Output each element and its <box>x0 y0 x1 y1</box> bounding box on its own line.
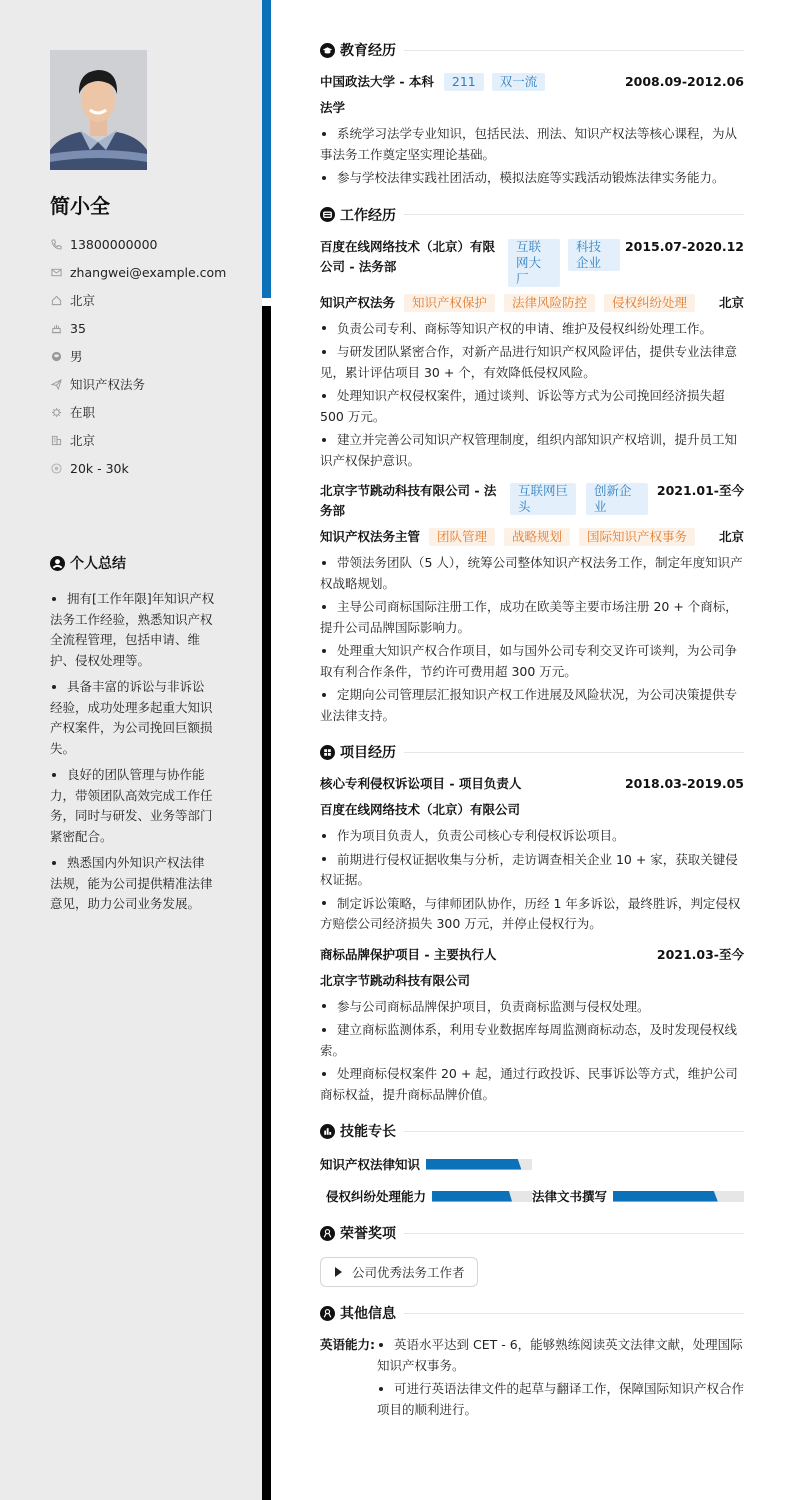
skill-progress-fill <box>426 1159 521 1170</box>
skill-item: 侵权纠纷处理能力 <box>326 1185 532 1207</box>
job-target-value: 知识产权法务 <box>70 375 145 393</box>
section-divider <box>404 50 744 51</box>
grid-icon <box>320 745 335 760</box>
cake-icon <box>50 322 62 334</box>
home-icon <box>50 294 62 306</box>
age-value: 35 <box>70 321 86 336</box>
english-details: 英语水平达到 CET - 6，能够熟练阅读英文法律文献，处理国际知识产权事务。 … <box>377 1335 744 1423</box>
section-divider <box>404 1313 744 1314</box>
work-heading: 工作经历 <box>320 203 744 227</box>
info-badge-icon <box>320 1306 335 1321</box>
detail-item: 可进行英语法律文件的起草与翻译工作，保障国际知识产权合作项目的顺利进行。 <box>377 1379 744 1420</box>
phone-icon <box>50 238 62 250</box>
section-divider <box>404 214 744 215</box>
bullet-icon <box>322 1072 326 1076</box>
work-entry: 百度在线网络技术（北京）有限公司 - 法务部 互联网大厂 科技企业 2015.0… <box>320 237 744 472</box>
skills-section: 技能专长 知识产权法律知识 侵权纠纷处理能力 法律文书撰写 <box>320 1119 744 1207</box>
project-date: 2018.03-2019.05 <box>625 774 744 794</box>
work-city-value: 北京 <box>70 431 95 449</box>
skills-title: 技能专长 <box>340 1121 396 1141</box>
info-status: 在职 <box>50 398 226 426</box>
detail-item: 制定诉讼策略，与律师团队协作，历经 1 年多诉讼，最终胜诉，判定侵权方赔偿公司经… <box>320 894 744 935</box>
company-tag: 创新企业 <box>586 483 648 515</box>
detail-item: 建立商标监测体系，利用专业数据库每周监测商标动态，及时发现侵权线索。 <box>320 1020 744 1061</box>
skill-item: 知识产权法律知识 <box>320 1153 532 1175</box>
awards-heading: 荣誉奖项 <box>320 1221 744 1245</box>
detail-item: 系统学习法学专业知识，包括民法、刑法、知识产权法等核心课程，为从事法务工作奠定坚… <box>320 124 744 165</box>
award-label: 公司优秀法务工作者 <box>352 1263 465 1281</box>
skill-tag: 法律风险防控 <box>504 294 595 312</box>
section-divider <box>404 752 744 753</box>
work-date: 2021.01-至今 <box>657 481 744 501</box>
bullet-icon <box>52 685 56 689</box>
mail-icon <box>50 266 62 278</box>
english-ability: 英语能力: 英语水平达到 CET - 6，能够熟练阅读英文法律文献，处理国际知识… <box>320 1335 744 1423</box>
detail-item: 主导公司商标国际注册工作，成功在欧美等主要市场注册 20 + 个商标，提升公司品… <box>320 597 744 638</box>
company-tag: 互联网巨头 <box>510 483 576 515</box>
award-item[interactable]: 公司优秀法务工作者 <box>320 1257 478 1287</box>
bullet-icon <box>52 861 56 865</box>
major: 法学 <box>320 98 345 118</box>
education-heading: 教育经历 <box>320 38 744 62</box>
summary-item: 熟悉国内外知识产权法律法规，能为公司提供精准法律意见，助力公司业务发展。 <box>50 853 215 915</box>
project-company: 百度在线网络技术（北京）有限公司 <box>320 800 520 820</box>
building-icon <box>50 434 62 446</box>
detail-item: 前期进行侵权证据收集与分析，走访调查相关企业 10 + 家，获取关键侵权证据。 <box>320 850 744 891</box>
company-name: 北京字节跳动科技有限公司 - 法务部 <box>320 481 504 521</box>
work-date: 2015.07-2020.12 <box>625 237 744 257</box>
work-details: 带领法务团队（5 人），统筹公司整体知识产权法务工作，制定年度知识产权战略规划。… <box>320 553 744 726</box>
awards-section: 荣誉奖项 公司优秀法务工作者 <box>320 1221 744 1287</box>
bullet-icon <box>379 1343 383 1347</box>
summary-item: 拥有[工作年限]年知识产权法务工作经验，熟悉知识产权全流程管理，包括申请、维护、… <box>50 589 215 671</box>
detail-item: 处理重大知识产权合作项目，如与国外公司专利交叉许可谈判，为公司争取有利合作条件，… <box>320 641 744 682</box>
detail-item: 与研发团队紧密合作，对新产品进行知识产权风险评估，提供专业法律意见，累计评估项目… <box>320 342 744 383</box>
summary-item: 具备丰富的诉讼与非诉讼经验，成功处理多起重大知识产权案件，为公司挽回巨额损失。 <box>50 677 215 759</box>
bullet-icon <box>322 561 326 565</box>
job-role: 知识产权法务 <box>320 293 395 313</box>
play-triangle-icon <box>335 1267 342 1277</box>
skill-tag: 国际知识产权事务 <box>579 528 695 546</box>
gender-value: 男 <box>70 347 83 365</box>
other-title: 其他信息 <box>340 1303 396 1323</box>
skill-progress-track <box>426 1159 532 1170</box>
school-tag: 双一流 <box>492 73 546 91</box>
project-entry: 商标品牌保护项目 - 主要执行人 2021.03-至今 北京字节跳动科技有限公司… <box>320 945 744 1106</box>
skills-heading: 技能专长 <box>320 1119 744 1143</box>
skill-tag: 战略规划 <box>504 528 570 546</box>
job-location: 北京 <box>719 527 744 547</box>
company-tag: 科技企业 <box>568 239 620 271</box>
projects-section: 项目经历 核心专利侵权诉讼项目 - 项目负责人 2018.03-2019.05 … <box>320 740 744 1105</box>
projects-title: 项目经历 <box>340 742 396 762</box>
education-section: 教育经历 中国政法大学 - 本科 211 双一流 2008.09-2012.06… <box>320 38 744 189</box>
section-divider <box>404 1131 744 1132</box>
detail-item: 负责公司专利、商标等知识产权的申请、维护及侵权纠纷处理工作。 <box>320 319 744 340</box>
summary-item: 良好的团队管理与协作能力，带领团队高效完成工作任务，同时与研发、业务等部门紧密配… <box>50 765 215 847</box>
project-company: 北京字节跳动科技有限公司 <box>320 971 470 991</box>
detail-item: 参与公司商标品牌保护项目，负责商标监测与侵权处理。 <box>320 997 744 1018</box>
projects-heading: 项目经历 <box>320 740 744 764</box>
work-title: 工作经历 <box>340 205 396 225</box>
bullet-icon <box>322 326 326 330</box>
detail-item: 处理商标侵权案件 20 + 起，通过行政投诉、民事诉讼等方式，维护公司商标权益，… <box>320 1064 744 1105</box>
detail-item: 定期向公司管理层汇报知识产权工作进展及风险状况，为公司决策提供专业法律支持。 <box>320 685 744 726</box>
english-label: 英语能力: <box>320 1335 375 1356</box>
main-content: 教育经历 中国政法大学 - 本科 211 双一流 2008.09-2012.06… <box>320 38 744 1437</box>
skill-tag: 知识产权保护 <box>404 294 495 312</box>
project-name: 核心专利侵权诉讼项目 - 项目负责人 <box>320 774 521 794</box>
info-location: 北京 <box>50 286 226 314</box>
award-icon <box>320 1226 335 1241</box>
detail-item: 作为项目负责人，负责公司核心专利侵权诉讼项目。 <box>320 826 744 847</box>
work-entry: 北京字节跳动科技有限公司 - 法务部 互联网巨头 创新企业 2021.01-至今… <box>320 481 744 726</box>
info-job-target: 知识产权法务 <box>50 370 226 398</box>
avatar <box>50 50 147 170</box>
info-work-city: 北京 <box>50 426 226 454</box>
accent-divider <box>262 0 271 298</box>
info-email: zhangwei@example.com <box>50 258 226 286</box>
salary-value: 20k - 30k <box>70 461 129 476</box>
bullet-icon <box>52 597 56 601</box>
detail-item: 参与学校法律实践社团活动，模拟法庭等实践活动锻炼法律实务能力。 <box>320 168 744 189</box>
work-section: 工作经历 百度在线网络技术（北京）有限公司 - 法务部 互联网大厂 科技企业 2… <box>320 203 744 727</box>
project-entry: 核心专利侵权诉讼项目 - 项目负责人 2018.03-2019.05 百度在线网… <box>320 774 744 935</box>
contact-info-list: 13800000000 zhangwei@example.com 北京 35 男… <box>50 230 226 482</box>
awards-title: 荣誉奖项 <box>340 1223 396 1243</box>
company-tag: 互联网大厂 <box>508 239 560 287</box>
info-age: 35 <box>50 314 226 342</box>
user-icon <box>50 556 65 571</box>
section-divider <box>404 1233 744 1234</box>
skill-label: 法律文书撰写 <box>532 1187 607 1205</box>
graduation-cap-icon <box>320 43 335 58</box>
gender-icon <box>50 350 62 362</box>
school-tag: 211 <box>444 73 484 91</box>
skill-label: 侵权纠纷处理能力 <box>326 1187 426 1205</box>
skill-progress-fill <box>613 1191 718 1202</box>
skill-progress-fill <box>432 1191 512 1202</box>
bullet-icon <box>322 857 326 861</box>
location-value: 北京 <box>70 291 95 309</box>
bullet-icon <box>379 1387 383 1391</box>
phone-value: 13800000000 <box>70 237 157 252</box>
job-role: 知识产权法务主管 <box>320 527 420 547</box>
skill-label: 知识产权法律知识 <box>320 1155 420 1173</box>
email-value: zhangwei@example.com <box>70 265 226 280</box>
project-name: 商标品牌保护项目 - 主要执行人 <box>320 945 496 965</box>
info-salary: 20k - 30k <box>50 454 226 482</box>
education-entry: 中国政法大学 - 本科 211 双一流 2008.09-2012.06 法学 系… <box>320 72 744 189</box>
briefcase-icon <box>320 207 335 222</box>
other-section: 其他信息 英语能力: 英语水平达到 CET - 6，能够熟练阅读英文法律文献，处… <box>320 1301 744 1423</box>
detail-item: 处理知识产权侵权案件，通过谈判、诉讼等方式为公司挽回经济损失超 500 万元。 <box>320 386 744 427</box>
skill-tag: 团队管理 <box>429 528 495 546</box>
project-date: 2021.03-至今 <box>657 945 744 965</box>
skill-progress-track <box>613 1191 744 1202</box>
project-details: 参与公司商标品牌保护项目，负责商标监测与侵权处理。 建立商标监测体系，利用专业数… <box>320 997 744 1106</box>
sidebar: 简小全 13800000000 zhangwei@example.com 北京 … <box>0 0 262 1500</box>
salary-icon <box>50 462 62 474</box>
bullet-icon <box>322 1028 326 1032</box>
bar-chart-icon <box>320 1124 335 1139</box>
bullet-icon <box>322 438 326 442</box>
education-date: 2008.09-2012.06 <box>625 72 744 92</box>
bullet-icon <box>322 901 326 905</box>
personal-summary: 个人总结 拥有[工作年限]年知识产权法务工作经验，熟悉知识产权全流程管理，包括申… <box>50 553 215 921</box>
bullet-icon <box>322 350 326 354</box>
project-details: 作为项目负责人，负责公司核心专利侵权诉讼项目。 前期进行侵权证据收集与分析，走访… <box>320 826 744 935</box>
bullet-icon <box>322 605 326 609</box>
status-value: 在职 <box>70 403 95 421</box>
work-details: 负责公司专利、商标等知识产权的申请、维护及侵权纠纷处理工作。 与研发团队紧密合作… <box>320 319 744 472</box>
info-gender: 男 <box>50 342 226 370</box>
detail-item: 英语水平达到 CET - 6，能够熟练阅读英文法律文献，处理国际知识产权事务。 <box>377 1335 744 1376</box>
bullet-icon <box>52 773 56 777</box>
bullet-icon <box>322 176 326 180</box>
education-details: 系统学习法学专业知识，包括民法、刑法、知识产权法等核心课程，为从事法务工作奠定坚… <box>320 124 744 189</box>
skill-tag: 侵权纠纷处理 <box>604 294 695 312</box>
candidate-name: 简小全 <box>50 190 110 219</box>
summary-list: 拥有[工作年限]年知识产权法务工作经验，熟悉知识产权全流程管理，包括申请、维护、… <box>50 589 215 915</box>
dark-divider <box>262 306 271 1500</box>
bullet-icon <box>322 834 326 838</box>
skills-grid: 知识产权法律知识 侵权纠纷处理能力 法律文书撰写 <box>320 1153 744 1207</box>
bullet-icon <box>322 394 326 398</box>
detail-item: 带领法务团队（5 人），统筹公司整体知识产权法务工作，制定年度知识产权战略规划。 <box>320 553 744 594</box>
school-name: 中国政法大学 - 本科 <box>320 72 434 92</box>
education-title: 教育经历 <box>340 40 396 60</box>
summary-heading: 个人总结 <box>50 553 215 573</box>
summary-title: 个人总结 <box>70 553 126 573</box>
skill-item: 法律文书撰写 <box>532 1185 744 1207</box>
company-name: 百度在线网络技术（北京）有限公司 - 法务部 <box>320 237 496 277</box>
info-phone: 13800000000 <box>50 230 226 258</box>
bullet-icon <box>322 132 326 136</box>
status-icon <box>50 406 62 418</box>
bullet-icon <box>322 693 326 697</box>
other-heading: 其他信息 <box>320 1301 744 1325</box>
job-location: 北京 <box>719 293 744 313</box>
bullet-icon <box>322 1004 326 1008</box>
skill-progress-track <box>432 1191 532 1202</box>
bullet-icon <box>322 649 326 653</box>
detail-item: 建立并完善公司知识产权管理制度，组织内部知识产权培训，提升员工知识产权保护意识。 <box>320 430 744 471</box>
send-icon <box>50 378 62 390</box>
